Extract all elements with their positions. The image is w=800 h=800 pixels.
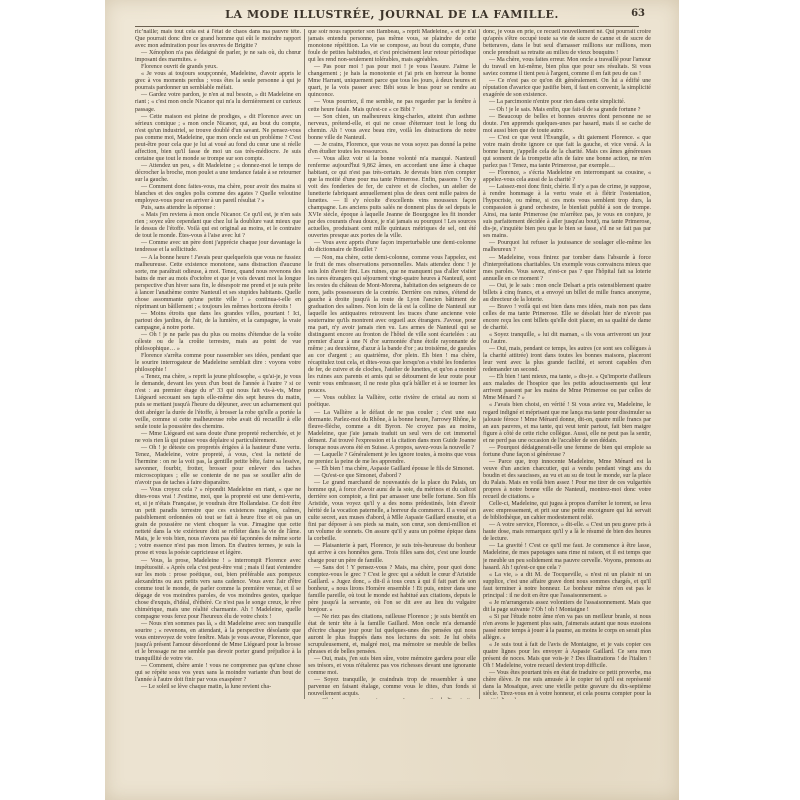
paragraph: — Comme avec un père dont j'apprécie cha… (135, 240, 301, 254)
paragraph: donc, je vous en prie, ce recueil nouvel… (483, 29, 651, 57)
paragraph: « Soyez tranquille, » lui dit maman, « i… (483, 332, 651, 346)
column-3: donc, je vous en prie, ce recueil nouvel… (483, 29, 651, 699)
column-divider (304, 29, 305, 699)
paragraph: — Vous êtes pourtant très en état de tra… (483, 670, 651, 699)
paragraph: — Oui, je le sais : mon oncle Delsart a … (483, 283, 651, 304)
paragraph: — Pas pour moi ! pas pour moi ! je vous … (308, 64, 476, 99)
paragraph: — Vous pourriez, il me semble, ne pas re… (308, 99, 476, 113)
paragraph: « La vie, » a dit M. de Tocqueville, « n… (483, 572, 651, 600)
paragraph: — Pourquoi lui refuser la jouissance de … (483, 240, 651, 254)
paragraph: — Pourquoi dédaignerait-elle une femme d… (483, 445, 651, 459)
paragraph: — Vous oubliez la Vallière, cette rivièr… (308, 395, 476, 409)
paragraph: — Vous, la prose, Madeleine ! » interrom… (135, 558, 301, 621)
paragraph: — La parcimonie n'entre pour rien dans c… (483, 99, 651, 106)
paragraph: « Je m'arrangerais assez volontiers de l… (483, 600, 651, 614)
paragraph: Florence s'arrêta comme pour rassembler … (135, 353, 301, 374)
paragraph: — Vous allez voir si la bonne volonté m'… (308, 156, 476, 241)
paragraph: « Mais j'en reviens à mon oncle Nicanor.… (135, 212, 301, 240)
paragraph: — Ma chère, vous faites erreur. Mon oncl… (483, 57, 651, 78)
paragraph: Celle-ci, Madeleine, qui jugea à propos … (483, 501, 651, 522)
paragraph: — Xénophon n'a pas dédaigné de parler, j… (135, 50, 301, 64)
paragraph: — Le grand marchand de nouveautés de la … (308, 480, 476, 543)
paragraph: — Laissez-moi donc finir, chérie. Il n'y… (483, 184, 651, 240)
paragraph: — Vous avez appris d'une façon imperturb… (308, 240, 476, 254)
paragraph: — Vous croyez cela ? » répondit Madelein… (135, 487, 301, 557)
paragraph: — Son chien, un malheureux king-charles,… (308, 114, 476, 142)
paragraph: — Soyez tranquille, je craindrais trop d… (308, 677, 476, 698)
paragraph: — Madeleine, vous finirez par tomber dan… (483, 255, 651, 283)
paragraph: — A votre service, Florence, » dit-elle.… (483, 522, 651, 543)
header-rule (135, 26, 639, 27)
paragraph: « Je suis tout à fait de l'avis de Monta… (483, 642, 651, 670)
paragraph: — Oui, mais, j'en suis bien sûre, votre … (308, 656, 476, 677)
paragraph: — Eh bien ! tant mieux, ma tante, » dis-… (483, 374, 651, 402)
page-header: LA MODE ILLUSTRÉE, JOURNAL DE LA FAMILLE… (135, 8, 649, 26)
paragraph: — Gardez votre pardon, je n'en ai nul be… (135, 92, 301, 113)
paragraph: — La gravité ! C'est ce qu'il me faut. J… (483, 543, 651, 571)
paragraph: Florence ouvrit de grands yeux. (135, 64, 301, 71)
column-divider (479, 29, 480, 699)
paragraph: — Mme Liégeard est sans doute d'une prop… (135, 431, 301, 445)
paragraph: — A la bonne heure ! J'avais peur quelqu… (135, 255, 301, 311)
paragraph: — Qu'est-ce que Simonet, d'abord ? (308, 473, 476, 480)
journal-title: LA MODE ILLUSTRÉE, JOURNAL DE LA FAMILLE… (135, 8, 649, 21)
text-columns: ricʼ̀naille; mais tout cela est à l'état… (135, 29, 645, 699)
paragraph: — Attendez un peu, » dit Madeleine ; « d… (135, 163, 301, 184)
paragraph: — Le soleil se lève chaque matin, la lun… (135, 684, 301, 691)
paragraph: « Tenez, ma chère, » reprit la jeune phi… (135, 374, 301, 430)
paragraph: « Si par l'étude notre âme n'en va pas u… (483, 614, 651, 642)
column-2: que soir nous rapporter son flambeau, » … (308, 29, 476, 699)
paragraph: — Sans dot ! Y pensez-vous ? Mais, ma ch… (308, 565, 476, 614)
paragraph: — Comment, chère amie ! vous ne comprene… (135, 663, 301, 684)
paragraph: « Je vous ai toujours soupçonnée, Madele… (135, 71, 301, 92)
paragraph: — Oh ! je le sais. Mais enfin, que fait-… (483, 107, 651, 114)
paragraph: — Eh bien ! ma chère, Aspasie Gaillard é… (308, 466, 476, 473)
column-1: ricʼ̀naille; mais tout cela est à l'état… (135, 29, 301, 699)
paragraph: « J'avais bien choisi, en vérité ! Si vo… (483, 402, 651, 444)
newspaper-page: LA MODE ILLUSTRÉE, JOURNAL DE LA FAMILLE… (105, 0, 679, 800)
paragraph: — Ne riez pas des citations, railleuse F… (308, 614, 476, 656)
paragraph: — Je crains, Florence, que vous ne vous … (308, 142, 476, 156)
paragraph: — Beaucoup de belles et bonnes œuvres do… (483, 114, 651, 135)
paragraph: — Oh ! ma savante cousine, vous n'avez p… (308, 698, 476, 699)
paragraph: — Moins étroits que dans les grandes vil… (135, 311, 301, 332)
paragraph: Puis, sans attendre la réponse : (135, 205, 301, 212)
paragraph: que soir nous rapporter son flambeau, » … (308, 29, 476, 64)
paragraph: ricʼ̀naille; mais tout cela est à l'état… (135, 29, 301, 50)
paragraph: — C'est ce que veut l'Évangile, » dit ga… (483, 135, 651, 170)
paragraph: — Laquelle ? Généralement je les ignore … (308, 452, 476, 466)
page-number: 63 (631, 8, 645, 19)
paragraph: — Comment donc faites-vous, ma chère, po… (135, 184, 301, 205)
paragraph: — Parce que, trop innocente Madeleine, M… (483, 459, 651, 501)
paragraph: — Bravo ! voilà qui est bien dans mes id… (483, 304, 651, 332)
paragraph: — Ce n'est pas ce qu'on dit généralement… (483, 78, 651, 99)
paragraph: — Cette maison est pleine de prodiges, »… (135, 114, 301, 163)
paragraph: — Oh ! je ne parle pas du plus ou moins … (135, 332, 301, 353)
paragraph: — La Vallière a le défaut de ne pas coul… (308, 410, 476, 452)
paragraph: — Oui, mais, pendant ce temps, les autre… (483, 346, 651, 374)
paragraph: — Non, ma chère, cette demi-colonne, com… (308, 255, 476, 396)
paragraph: — Oh ! je déteste ces propretés érigées … (135, 445, 301, 487)
paragraph: — Plaisanterie à part, Florence, je suis… (308, 543, 476, 564)
paragraph: — Florence, » s'écria Madeleine en inter… (483, 170, 651, 184)
paragraph: — Nous n'en sommes pas là, » dit Madelei… (135, 621, 301, 663)
